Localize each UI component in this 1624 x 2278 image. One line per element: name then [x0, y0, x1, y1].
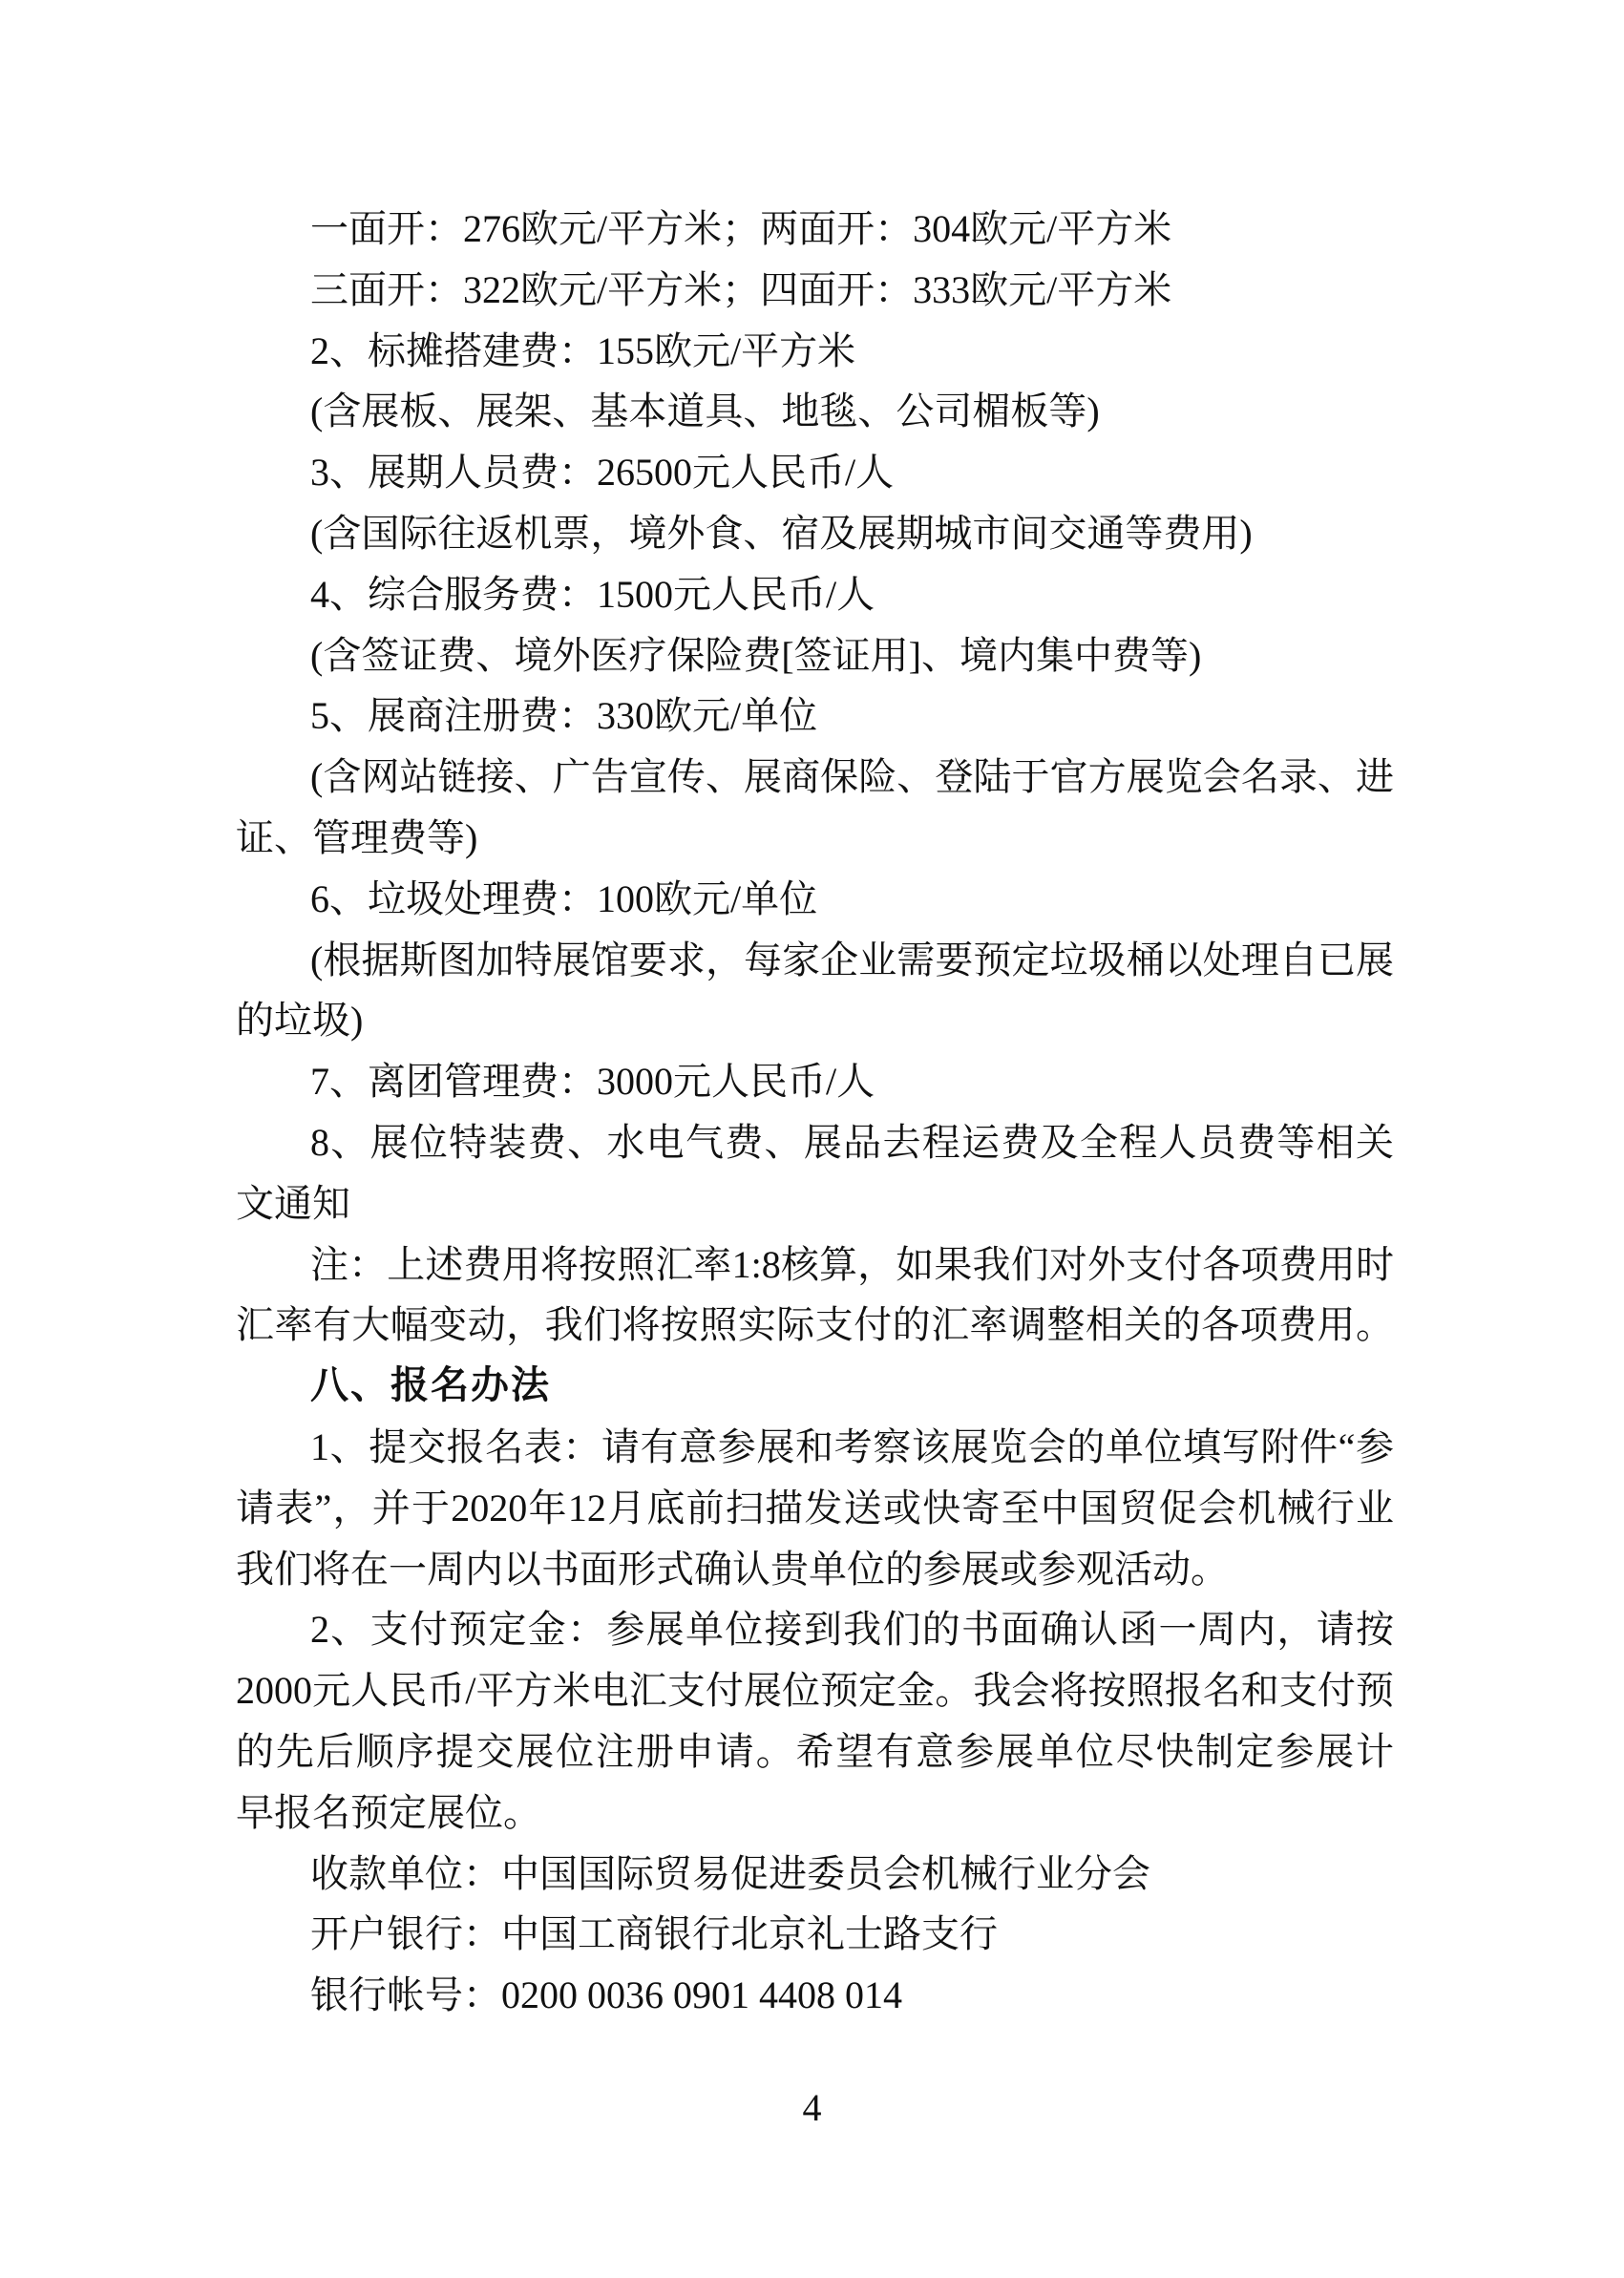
document-page: 一面开：276欧元/平方米；两面开：304欧元/平方米三面开：322欧元/平方米… — [0, 0, 1624, 2278]
text-line: (含国际往返机票，境外食、宿及展期城市间交通等费用) — [236, 503, 1394, 564]
text-line: 早报名预定展位。 — [236, 1782, 1394, 1844]
text-line: 2000元人民币/平方米电汇支付展位预定金。我会将按照报名和支付预定金 — [236, 1660, 1394, 1721]
text-line: 2、支付预定金：参展单位接到我们的书面确认函一周内，请按照 — [236, 1599, 1394, 1660]
text-line: 4、综合服务费：1500元人民币/人 — [236, 564, 1394, 625]
section-heading: 八、报名办法 — [236, 1356, 1394, 1417]
text-line: 收款单位：中国国际贸易促进委员会机械行业分会 — [236, 1844, 1394, 1905]
text-line: 的垃圾) — [236, 990, 1394, 1051]
text-line: 银行帐号：0200 0036 0901 4408 014 — [236, 1965, 1394, 2026]
text-line: (含签证费、境外医疗保险费[签证用]、境内集中费等) — [236, 625, 1394, 686]
text-line: 开户银行：中国工商银行北京礼士路支行 — [236, 1904, 1394, 1965]
text-line: 2、标摊搭建费：155欧元/平方米 — [236, 321, 1394, 382]
text-line: 一面开：276欧元/平方米；两面开：304欧元/平方米 — [236, 199, 1394, 260]
text-line: 8、展位特装费、水电气费、展品去程运费及全程人员费等相关费用另 — [236, 1112, 1394, 1173]
text-line: 的先后顺序提交展位注册申请。希望有意参展单位尽快制定参展计划，提 — [236, 1721, 1394, 1782]
text-line: 我们将在一周内以书面形式确认贵单位的参展或参观活动。 — [236, 1539, 1394, 1600]
text-line: (含网站链接、广告宣传、展商保险、登陆于官方展览会名录、进馆 — [236, 747, 1394, 808]
text-line: 3、展期人员费：26500元人民币/人 — [236, 442, 1394, 503]
page-number: 4 — [0, 2078, 1624, 2139]
text-line: 注：上述费用将按照汇率1:8核算，如果我们对外支付各项费用时的 — [236, 1234, 1394, 1296]
text-line: 三面开：322欧元/平方米；四面开：333欧元/平方米 — [236, 260, 1394, 321]
text-line: 1、提交报名表：请有意参展和考察该展览会的单位填写附件“参展申 — [236, 1417, 1394, 1478]
text-line: 请表”，并于2020年12月底前扫描发送或快寄至中国贸促会机械行业分会。 — [236, 1478, 1394, 1539]
document-body: 一面开：276欧元/平方米；两面开：304欧元/平方米三面开：322欧元/平方米… — [236, 199, 1394, 2026]
text-line: (含展板、展架、基本道具、地毯、公司楣板等) — [236, 381, 1394, 442]
text-line: 证、管理费等) — [236, 808, 1394, 869]
text-line: 5、展商注册费：330欧元/单位 — [236, 686, 1394, 747]
text-line: 7、离团管理费：3000元人民币/人 — [236, 1051, 1394, 1112]
text-line: 汇率有大幅变动，我们将按照实际支付的汇率调整相关的各项费用。 — [236, 1295, 1394, 1356]
text-line: (根据斯图加特展馆要求，每家企业需要预定垃圾桶以处理自已展位上 — [236, 930, 1394, 991]
text-line: 6、垃圾处理费：100欧元/单位 — [236, 869, 1394, 930]
text-line: 文通知 — [236, 1173, 1394, 1234]
